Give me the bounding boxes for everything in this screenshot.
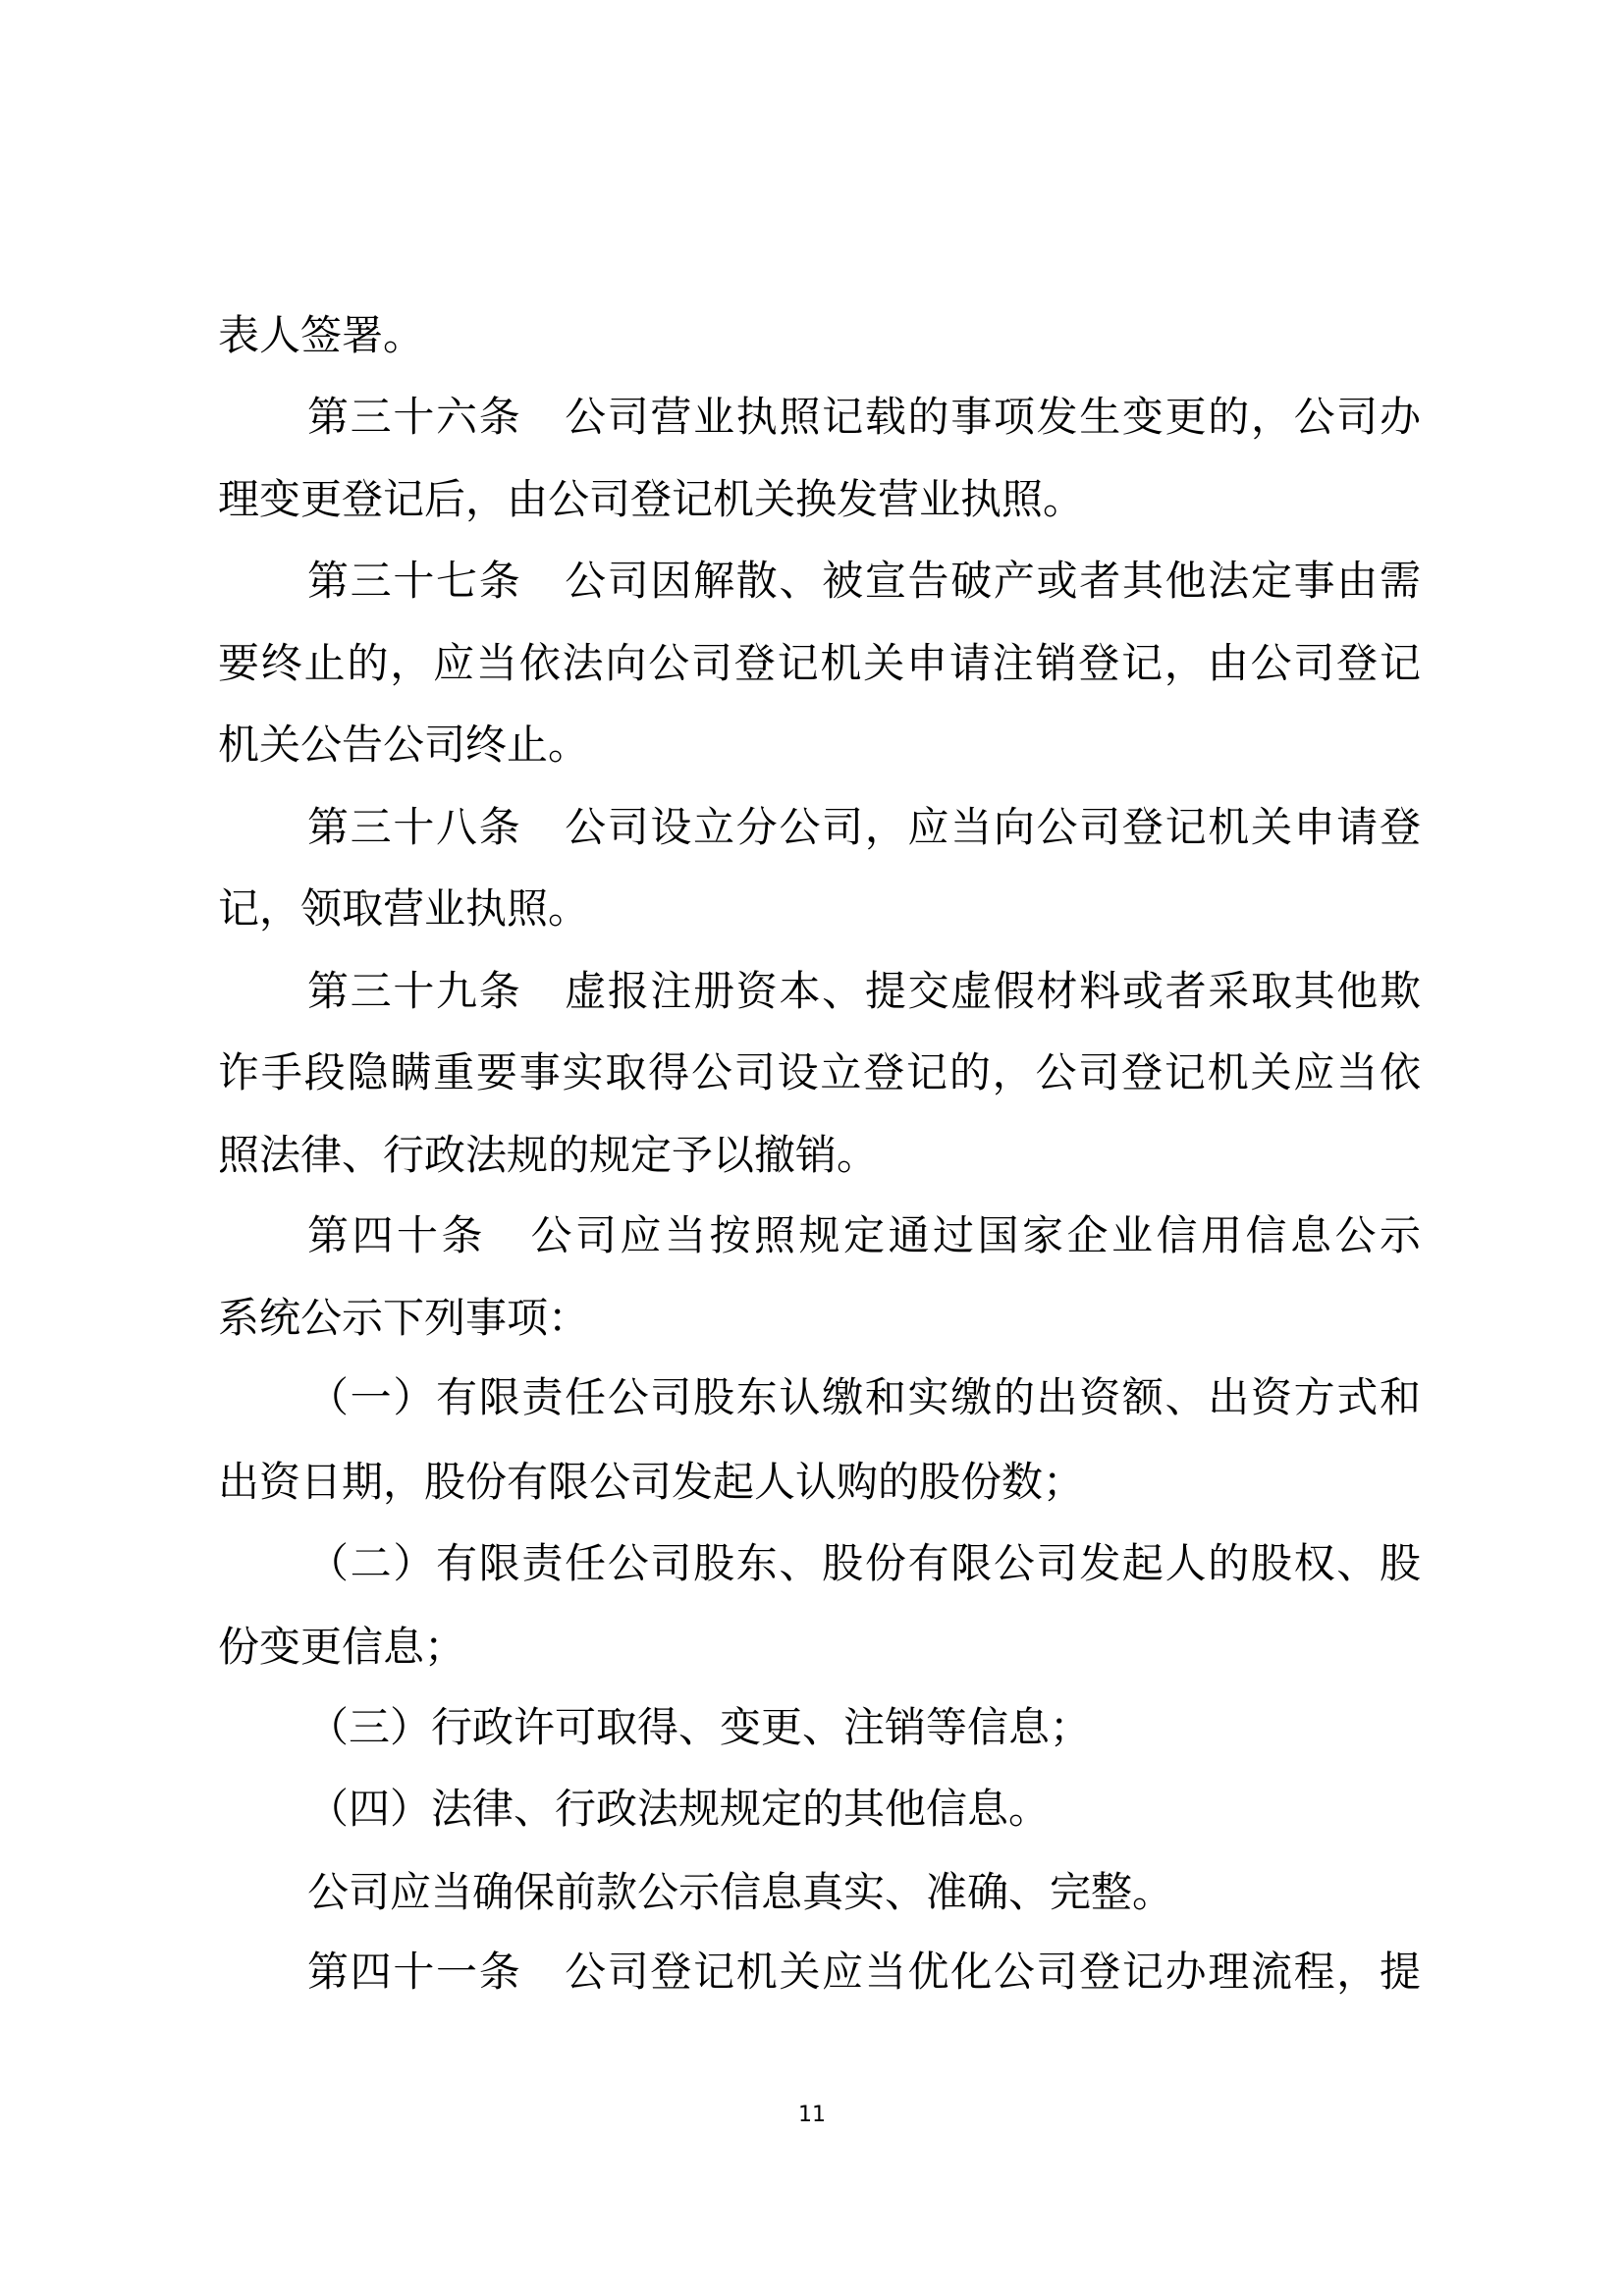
article-37-line: 第​三​十​七​条​ ​公​司​因​解​散​、​被​宣​告​破​产​或​者​其​…: [307, 557, 1421, 606]
text-line: 理变更登记后，由公司登记机关换发营业执照。: [218, 475, 1084, 524]
list-item-4-line: （四）法律、行政法规规定的其他信息。: [307, 1785, 1050, 1834]
article-39-line: 第​三​十​九​条​ ​虚​报​注​册​资​本​、​提​交​虚​假​材​料​或​…: [307, 967, 1421, 1016]
list-item-3-line: （三）行政许可取得、变更、注销等信息；: [307, 1703, 1091, 1752]
text-line: 表人签署。: [218, 311, 424, 360]
text-line: 要​终​止​的​，​应​当​依​法​向​公​司​登​记​机​关​申​请​注​销​…: [218, 639, 1421, 688]
text-line: 机关公告公司终止。: [218, 721, 589, 770]
text-line: 记，领取营业执照。: [218, 884, 589, 934]
text-line: 诈​手​段​隐​瞒​重​要​事​实​取​得​公​司​设​立​登​记​的​，​公​…: [218, 1048, 1421, 1097]
article-38-line: 第​三​十​八​条​ ​公​司​设​立​分​公​司​，​应​当​向​公​司​登​…: [307, 803, 1421, 852]
article-36-line: 第​三​十​六​条​ ​公​司​营​业​执​照​记​载​的​事​项​发​生​变​…: [307, 393, 1421, 442]
text-line: 照法律、行政法规的规定予以撤销。: [218, 1131, 878, 1180]
text-line: 份变更信息；: [218, 1623, 465, 1672]
article-40-line: 第​四​十​条​ ​公​司​应​当​按​照​规​定​通​过​国​家​企​业​信​…: [307, 1211, 1421, 1260]
text-line: 公司应当确保前款公示信息真实、准确、完整。: [307, 1868, 1173, 1917]
list-item-2-line: （​二​）​有​限​责​任​公​司​股​东​、​股​份​有​限​公​司​发​起​…: [307, 1539, 1421, 1588]
text-line: 出资日期，股份有限公司发起人认购的股份数；: [218, 1458, 1084, 1507]
document-page: 表人签署。 第​三​十​六​条​ ​公​司​营​业​执​照​记​载​的​事​项​…: [0, 0, 1624, 2296]
text-line: 系统公示下列事项：: [218, 1294, 589, 1343]
list-item-1-line: （​一​）​有​限​责​任​公​司​股​东​认​缴​和​实​缴​的​出​资​额​…: [307, 1373, 1421, 1422]
article-41-line: 第​四​十​一​条​ ​公​司​登​记​机​关​应​当​优​化​公​司​登​记​…: [307, 1948, 1421, 1997]
page-number: 11: [0, 2102, 1624, 2129]
